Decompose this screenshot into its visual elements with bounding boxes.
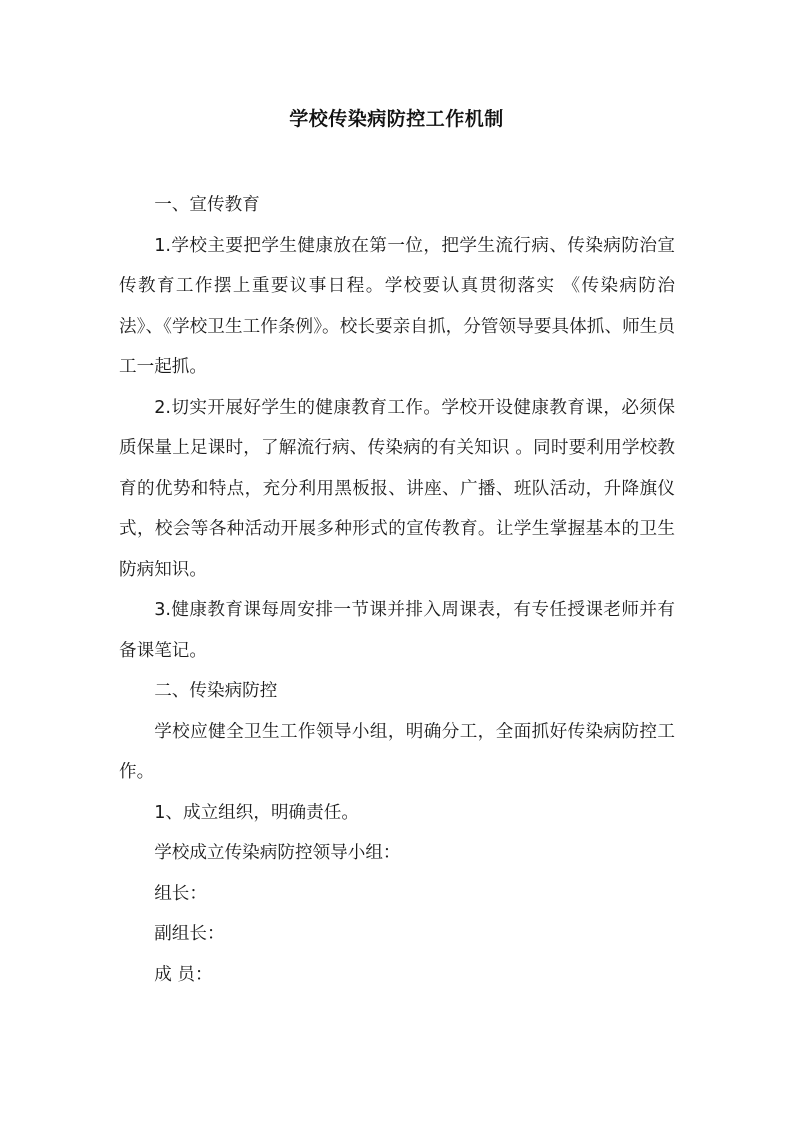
deputy-leader-field-label: 副组长： xyxy=(119,914,675,955)
leader-field-label: 组长： xyxy=(119,874,675,915)
paragraph: 1.学校主要把学生健康放在第一位，把学生流行病、传染病防治宣传教育工作摆上重要议… xyxy=(119,226,675,388)
document-title: 学校传染病防控工作机制 xyxy=(0,104,793,131)
paragraph: 3.健康教育课每周安排一节课并排入周课表，有专任授课老师并有备课笔记。 xyxy=(119,590,675,671)
section-disease-control: 二、传染病防控 学校应健全卫生工作领导小组，明确分工，全面抓好传染病防控工作。 … xyxy=(119,671,675,995)
document-page: 学校传染病防控工作机制 一、宣传教育 1.学校主要把学生健康放在第一位，把学生流… xyxy=(0,0,793,1122)
paragraph: 学校成立传染病防控领导小组： xyxy=(119,833,675,874)
members-field-label: 成 员： xyxy=(119,955,675,996)
subheading: 1、成立组织，明确责任。 xyxy=(119,793,675,834)
section-publicity-education: 一、宣传教育 1.学校主要把学生健康放在第一位，把学生流行病、传染病防治宣传教育… xyxy=(119,185,675,671)
paragraph: 学校应健全卫生工作领导小组，明确分工，全面抓好传染病防控工作。 xyxy=(119,712,675,793)
section-heading: 二、传染病防控 xyxy=(119,671,675,712)
document-body: 一、宣传教育 1.学校主要把学生健康放在第一位，把学生流行病、传染病防治宣传教育… xyxy=(119,185,675,995)
section-heading: 一、宣传教育 xyxy=(119,185,675,226)
paragraph: 2.切实开展好学生的健康教育工作。学校开设健康教育课，必须保质保量上足课时，了解… xyxy=(119,388,675,591)
